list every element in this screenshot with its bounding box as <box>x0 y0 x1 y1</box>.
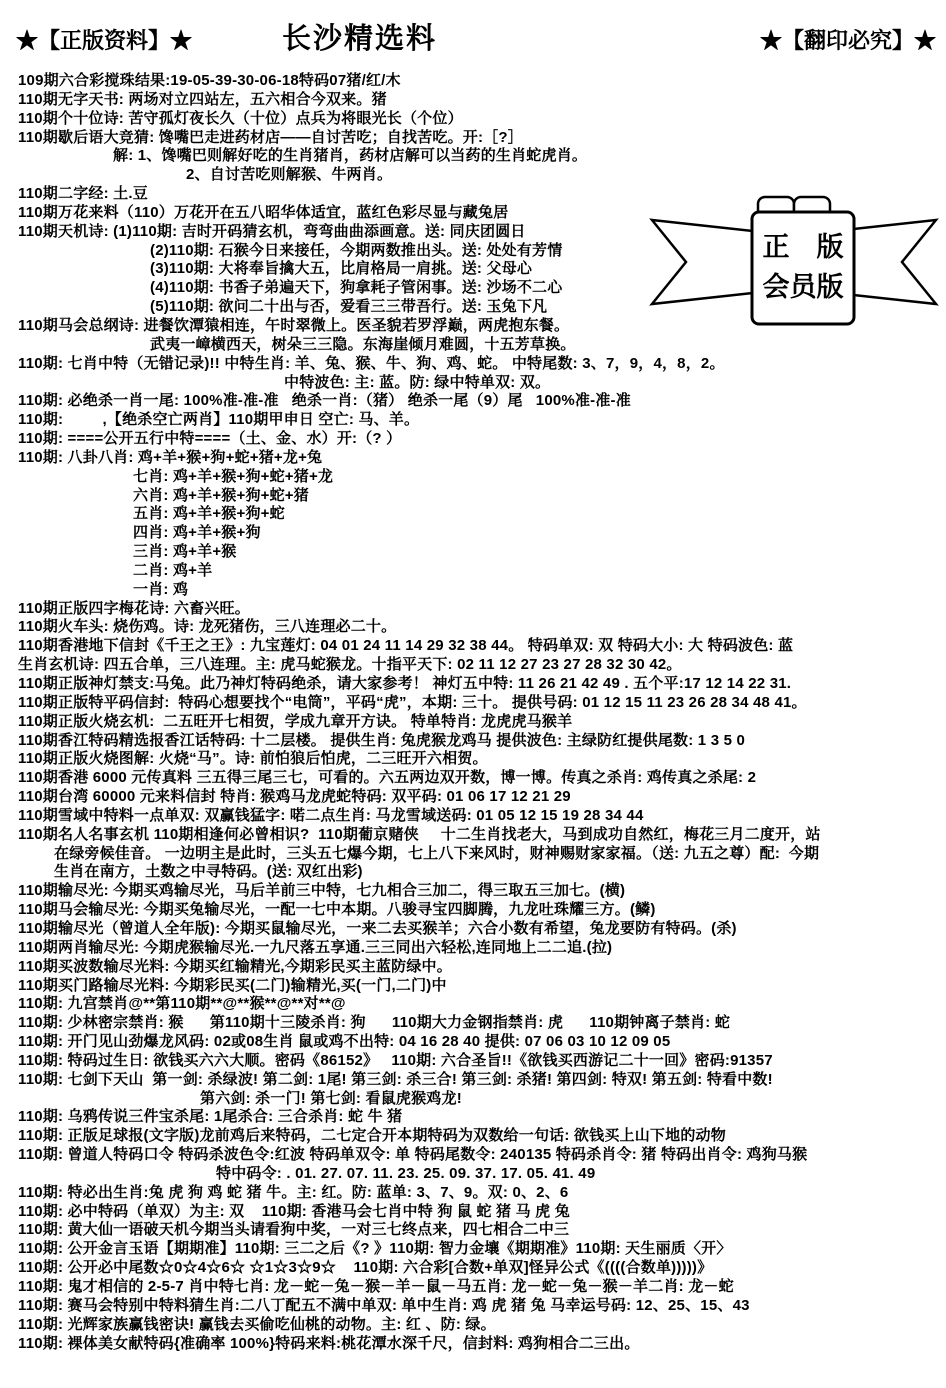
doc-line: 110期香港地下信封《千王之王》: 九宝莲灯: 04 01 24 11 14 2… <box>18 637 946 656</box>
doc-line: 110期无字天书: 两场对立四站左，五六相合今双来。猪 <box>18 91 946 110</box>
doc-line: 中特波色: 主: 蓝。防: 绿中特单双: 双。 <box>18 374 946 393</box>
doc-line: 110期: 九宫禁肖@**第110期**@**猴**@**对**@ <box>18 995 946 1014</box>
doc-line: 110期: 黄大仙一语破天机今期当头请看狗中奖，一对三七终点来，四七相合二中三 <box>18 1221 946 1240</box>
doc-line: 110期香港 6000 元传真料 三五得三尾三七，可看的。六五两边双开数，博一博… <box>18 769 946 788</box>
doc-line: 110期: 特码过生日: 欲钱买六六大顺。密码《86152》 110期: 六合圣… <box>18 1052 946 1071</box>
doc-line: 110期正版神灯禁支:马兔。此乃神灯特码绝杀，请大家参考！ 神灯五中特: 11 … <box>18 675 946 694</box>
doc-line: 四肖: 鸡+羊+猴+狗 <box>18 524 946 543</box>
doc-line: 110期两肖输尽光: 今期虎猴输尽光.一九尺落五享通.三三同出六轻松,连同地上二… <box>18 939 946 958</box>
left-badge: ★【正版资料】★ <box>16 24 192 55</box>
doc-line: 109期六合彩搅珠结果:19-05-39-30-06-18特码07猪/红/木 <box>18 72 946 91</box>
doc-line: 110期马会输尽光: 今期买兔输尽光，一配一七中本期。八骏寻宝四脚腾，九龙吐珠耀… <box>18 901 946 920</box>
doc-line: 110期: 正版足球报(文字版)龙前鸡后来特码，二七定合开本期特码为双数给一句话… <box>18 1127 946 1146</box>
doc-line: 110期: 裸体美女献特码{准确率 100%}特码来料:桃花潭水深千尺，信封料:… <box>18 1335 946 1354</box>
doc-line: 110期输尽光（曾道人全年版): 今期买鼠输尽光，一来二去买猴羊；六合小数有希望… <box>18 920 946 939</box>
doc-line: 特中码令: . 01. 27. 07. 11. 23. 25. 09. 37. … <box>18 1165 946 1184</box>
doc-line: 110期输尽光: 今期买鸡输尽光，马后羊前三中特，七九相合三加二，得三取五三加七… <box>18 882 946 901</box>
ribbon-text: 正 版 会员版 <box>754 212 852 322</box>
doc-line: 110期火车头: 烧伤鸡。诗: 龙死猪伤，三八连理必二十。 <box>18 618 946 637</box>
ribbon-line-2: 会员版 <box>763 267 844 307</box>
doc-line: 110期: 八卦八肖: 鸡+羊+猴+狗+蛇+猪+龙+兔 <box>18 449 946 468</box>
doc-line: 生肖玄机诗: 四五合单，三八连理。主: 虎马蛇猴龙。十指平天下: 02 11 1… <box>18 656 946 675</box>
doc-line: 110期: 必中特码（单双）为主: 双 110期: 香港马会七肖中特 狗 鼠 蛇… <box>18 1203 946 1222</box>
doc-line: 110期正版四字梅花诗: 六畜兴旺。 <box>18 600 946 619</box>
doc-line: 110期: 光辉家族赢钱密诀! 赢钱去买偷吃仙桃的动物。主: 红 、防: 绿。 <box>18 1316 946 1335</box>
doc-line: 110期: 鬼才相信的 2-5-7 肖中特七肖: 龙－蛇－兔－猴－羊－鼠－马五肖… <box>18 1278 946 1297</box>
ribbon-line-1: 正 版 <box>763 227 844 267</box>
doc-line: 110期正版特平码信封: 特码心想要找个“电筒”，平码“虎”，本期: 三十。 提… <box>18 694 946 713</box>
doc-line: 六肖: 鸡+羊+猴+狗+蛇+猪 <box>18 487 946 506</box>
doc-line: 一肖: 鸡 <box>18 581 946 600</box>
doc-line: 110期: ====公开五行中特====（土、金、水）开:（? ） <box>18 430 946 449</box>
doc-line: 二肖: 鸡+羊 <box>18 562 946 581</box>
doc-line: 110期雪域中特料一点单双: 双赢钱猛字: 喏二点生肖: 马龙雪域送码: 01 … <box>18 807 946 826</box>
doc-line: 110期正版火烧玄机: 二五旺开七相贺，学成九章开方诀。 特单特肖: 龙虎虎马猴… <box>18 713 946 732</box>
doc-line: 110期个十位诗: 苦守孤灯夜长久（十位）点兵为将眼光长（个位） <box>18 110 946 129</box>
doc-line: 110期: 赛马会特别中特料猜生肖:二八丁配五不满中单双: 单中生肖: 鸡 虎 … <box>18 1297 946 1316</box>
doc-line: 第六剑: 杀一门! 第七剑: 看鼠虎猴鸡龙! <box>18 1090 946 1109</box>
document-header: ★【正版资料】★ 长沙精选料 ★【翻印必究】★ <box>16 16 936 57</box>
doc-line: 110期: 七剑下天山 第一剑: 杀绿波! 第二剑: 1尾! 第三剑: 杀三合!… <box>18 1071 946 1090</box>
doc-line: 110期买波数输尽光料: 今期买红输精光,今期彩民买主蓝防绿中。 <box>18 958 946 977</box>
doc-line: 110期: ,【绝杀空亡两肖】110期甲申日 空亡: 马、羊。 <box>18 411 946 430</box>
right-badge: ★【翻印必究】★ <box>760 24 936 55</box>
doc-line: 110期香江特码精选报香江话特码: 十二层楼。 提供生肖: 兔虎猴龙鸡马 提供波… <box>18 732 946 751</box>
doc-line: 110期买门路输尽光料: 今期彩民买(二门)输精光,买(一门,二门)中 <box>18 977 946 996</box>
doc-line: 七肖: 鸡+羊+猴+狗+蛇+猪+龙 <box>18 468 946 487</box>
doc-line: 110期: 乌鸦传说三件宝杀尾: 1尾杀合: 三合杀肖: 蛇 牛 猪 <box>18 1108 946 1127</box>
doc-line: 110期正版火烧图解: 火烧“马”。诗: 前怕狼后怕虎，二三旺开六相贺。 <box>18 750 946 769</box>
authenticity-ribbon-stamp: 正 版 会员版 <box>642 190 946 330</box>
doc-line: 三肖: 鸡+羊+猴 <box>18 543 946 562</box>
doc-line: 110期: 曾道人特码口令 特码杀波色令:红波 特码单双令: 单 特码尾数令: … <box>18 1146 946 1165</box>
doc-line: 110期: 公开必中尾数☆0☆4☆6☆ ☆1☆3☆9☆ 110期: 六合彩[合数… <box>18 1259 946 1278</box>
doc-line: 武夷一嶂横西天，树朵三三隐。东海崖倾月难圆，十五芳草换。 <box>18 336 946 355</box>
doc-line: 解: 1、馋嘴巴则解好吃的生肖猪肖，药材店解可以当药的生肖蛇虎肖。 <box>18 147 946 166</box>
doc-line: 110期名人名事玄机 110期相逢何必曾相识? 110期葡京赌侠 十二生肖找老大… <box>18 826 946 845</box>
doc-line: 110期: 特必出生肖:兔 虎 狗 鸡 蛇 猪 牛。主: 红。防: 蓝单: 3、… <box>18 1184 946 1203</box>
doc-line: 110期: 七肖中特（无错记录)!! 中特生肖: 羊、兔、猴、牛、狗、鸡、蛇。 … <box>18 355 946 374</box>
page-title: 长沙精选料 <box>282 16 437 57</box>
doc-line: 110期: 少林密宗禁肖: 猴 第110期十三陵杀肖: 狗 110期大力金钢指禁… <box>18 1014 946 1033</box>
doc-line: 110期台湾 60000 元来料信封 特肖: 猴鸡马龙虎蛇特码: 双平码: 01… <box>18 788 946 807</box>
doc-line: 110期歇后语大竞猜: 馋嘴巴走进药材店——自讨苦吃；自找苦吃。开:［?］ <box>18 129 946 148</box>
doc-line: 在绿旁候佳音。 一边明主是此时，三头五七爆今期，七上八下来风时，财神赐财家家福。… <box>18 845 946 864</box>
doc-line: 110期: 公开金言玉语【期期准】110期: 三二之后《? 》110期: 智力金… <box>18 1240 946 1259</box>
doc-line: 2、自讨苦吃则解猴、牛两肖。 <box>18 166 946 185</box>
doc-line: 生肖在南方，土数之中寻特码。(送: 双红出彩) <box>18 863 946 882</box>
document-page: ★【正版资料】★ 长沙精选料 ★【翻印必究】★ 109期六合彩搅珠结果:19-0… <box>0 0 946 1388</box>
doc-line: 110期: 开门见山劲爆龙风码: 02或08生肖 鼠或鸡不出特: 04 16 2… <box>18 1033 946 1052</box>
doc-line: 110期: 必绝杀一肖一尾: 100%准-准-准 绝杀一肖:（猪） 绝杀一尾（9… <box>18 392 946 411</box>
doc-line: 五肖: 鸡+羊+猴+狗+蛇 <box>18 505 946 524</box>
